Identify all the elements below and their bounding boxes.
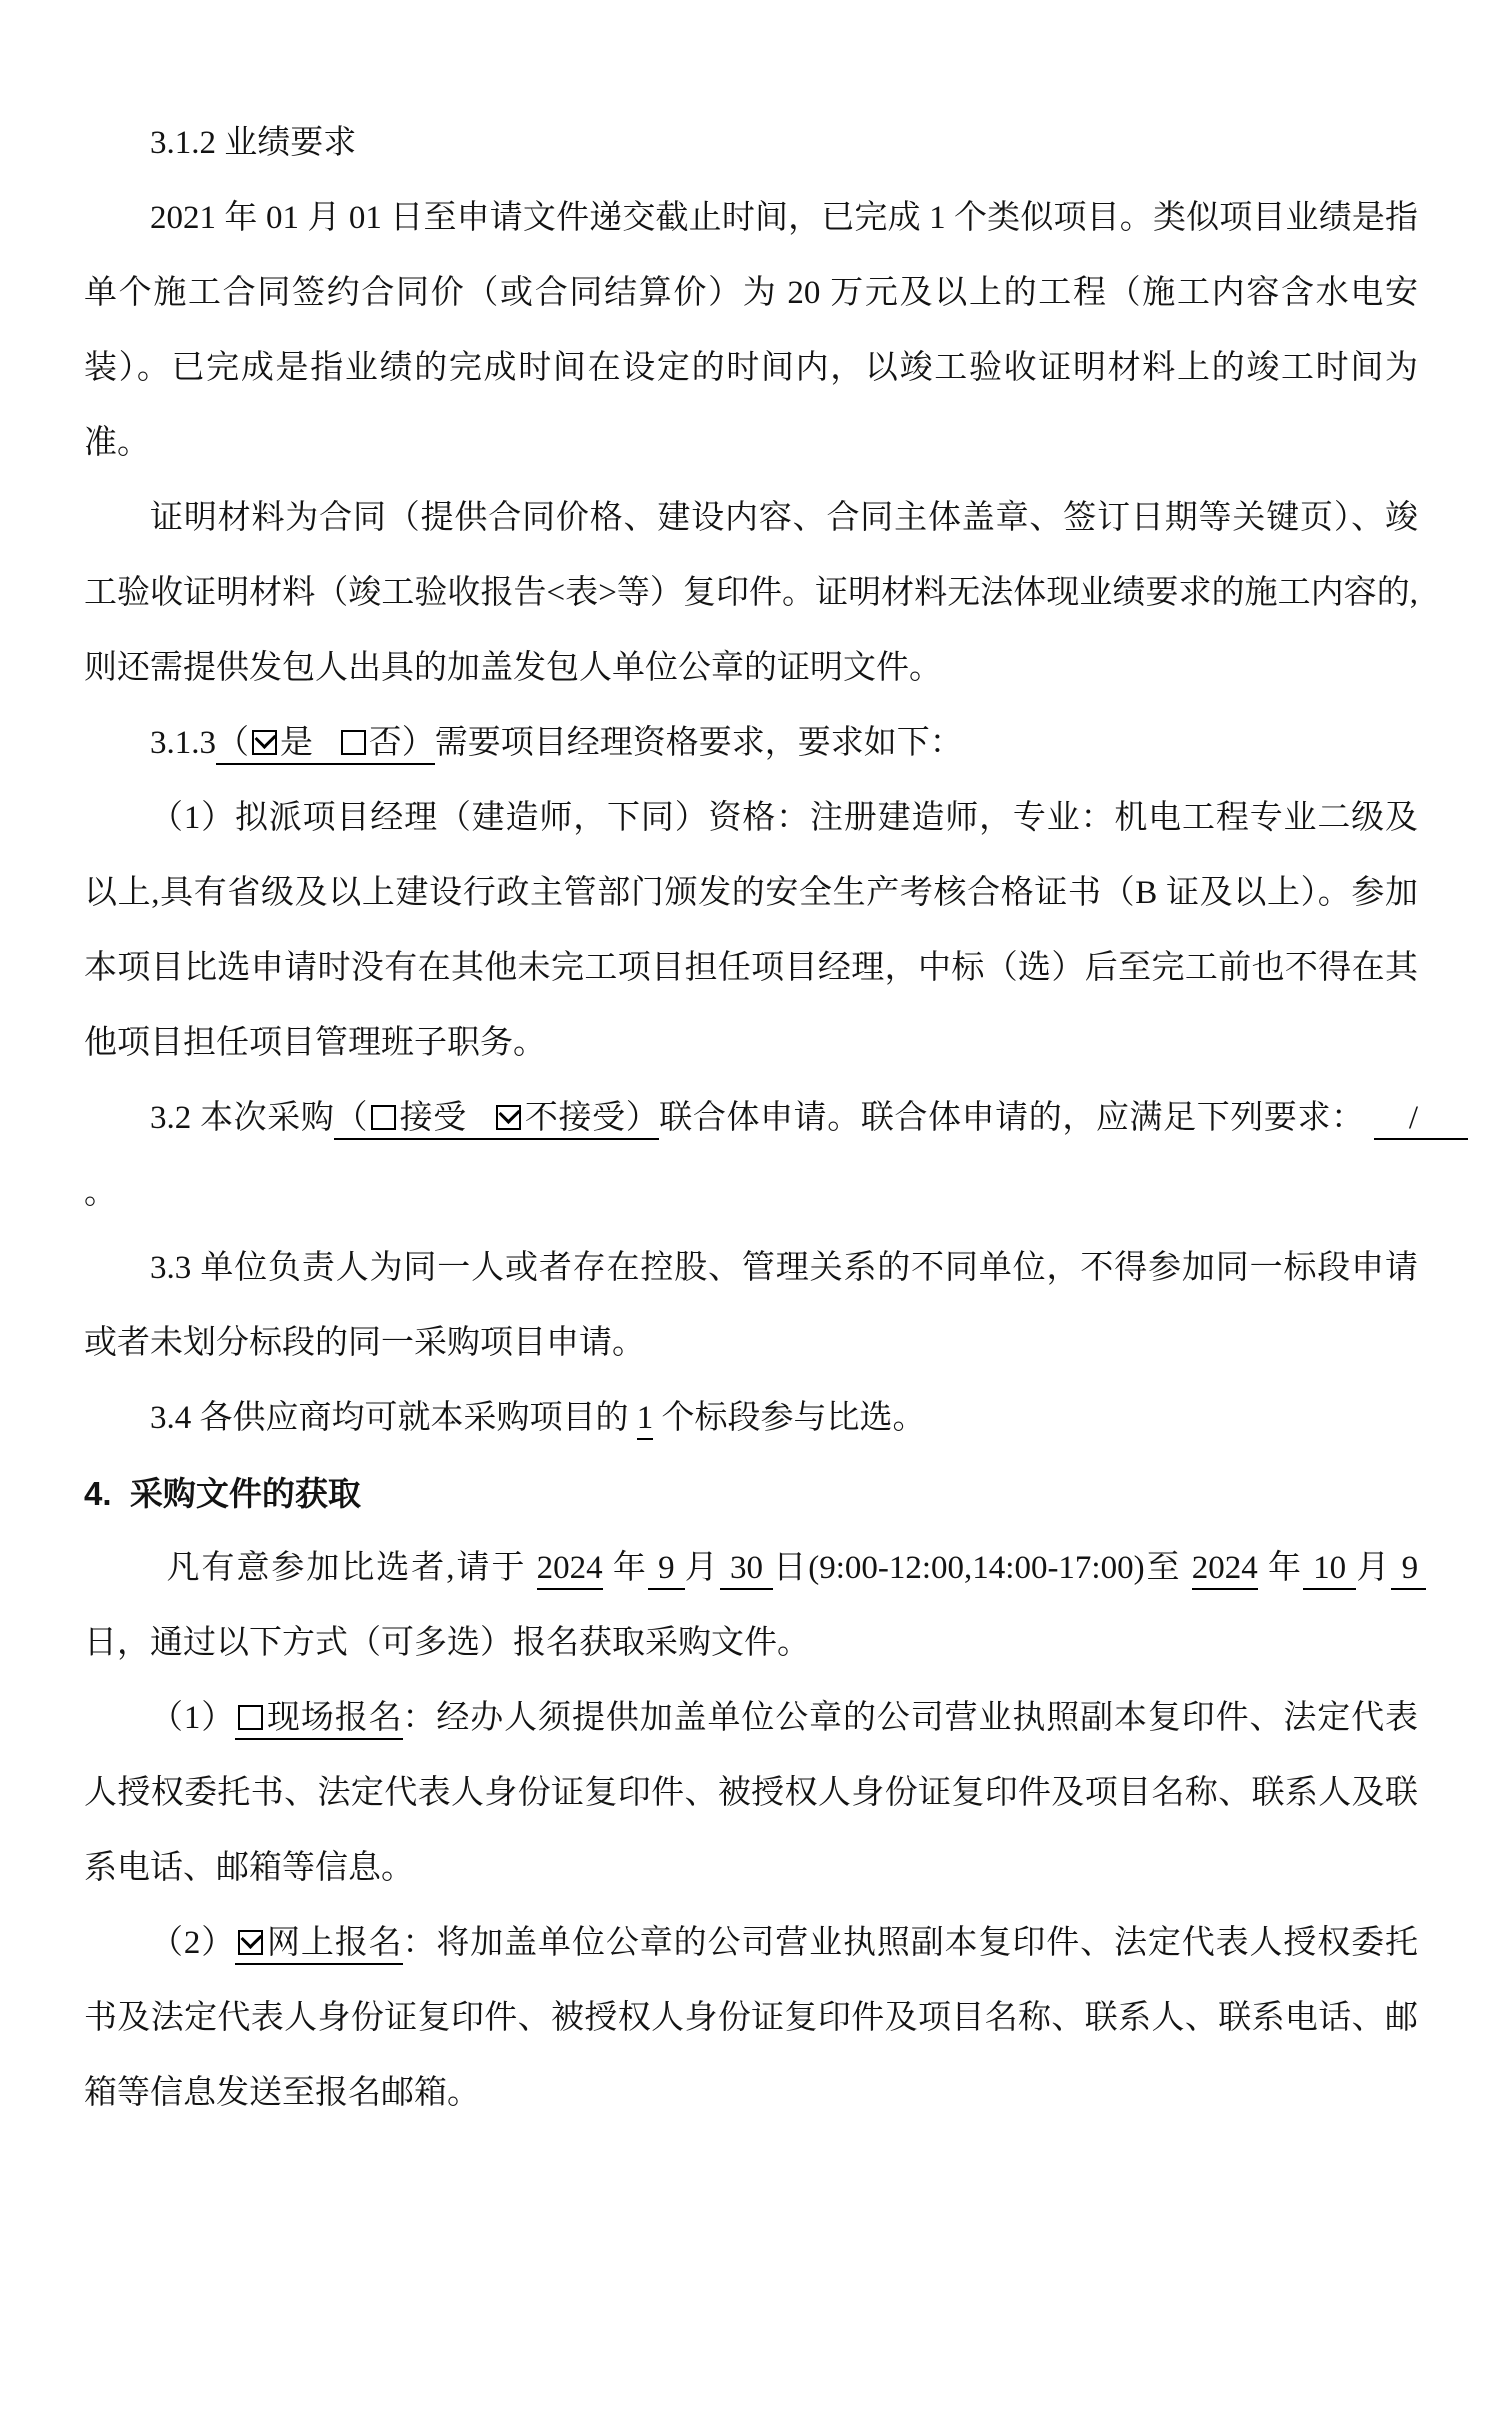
para-option-1-onsite-registration: （1）现场报名：经办人须提供加盖单位公章的公司营业执照副本复印件、法定代表人授权… xyxy=(84,1681,1418,1906)
text-run: 3.1.3 xyxy=(150,725,216,761)
text-run: 接受 xyxy=(399,1100,493,1136)
text-run: （1） xyxy=(150,1700,235,1736)
text-run: 2021 年 01 月 01 日至申请文件递交截止时间，已完成 1 个类似项目。… xyxy=(84,200,1418,461)
text-run: 4. 采购文件的获取 xyxy=(84,1475,361,1512)
text-run: 9 xyxy=(648,1550,685,1590)
text-run: 日(9:00-12:00,14:00-17:00)至 xyxy=(773,1550,1192,1586)
checkbox-unchecked-icon xyxy=(238,1705,263,1730)
text-run: （ xyxy=(334,1100,368,1136)
text-run: 3.4 各供应商均可就本采购项目的 xyxy=(150,1400,637,1436)
text-run: （ xyxy=(216,725,249,761)
text-run: 证明材料为合同（提供合同价格、建设内容、合同主体盖章、签订日期等关键页）、竣工验… xyxy=(84,500,1418,686)
text-run: 月 xyxy=(1356,1550,1391,1586)
text-run: 3.2 本次采购 xyxy=(150,1100,334,1136)
text-run: （2） xyxy=(150,1925,235,1961)
heading-4-document-acquisition: 4. 采购文件的获取 xyxy=(84,1456,1418,1531)
text-run: 3.1.2 业绩要求 xyxy=(150,125,356,161)
para-pm-qualification: （1）拟派项目经理（建造师，下同）资格：注册建造师，专业：机电工程专业二级及以上… xyxy=(84,781,1418,1081)
para-option-2-online-registration: （2）网上报名：将加盖单位公章的公司营业执照副本复印件、法定代表人授权委托书及法… xyxy=(84,1906,1418,2131)
text-run: （1）拟派项目经理（建造师，下同）资格：注册建造师，专业：机电工程专业二级及以上… xyxy=(84,800,1418,1061)
para-registration-period: 凡有意参加比选者,请于 2024 年 9 月 30 日(9:00-12:00,1… xyxy=(84,1531,1418,1681)
text-run: 现场报名 xyxy=(266,1700,402,1736)
checkbox-unchecked-icon xyxy=(371,1105,396,1130)
para-performance-detail: 2021 年 01 月 01 日至申请文件递交截止时间，已完成 1 个类似项目。… xyxy=(84,181,1418,481)
text-run: 10 xyxy=(1303,1550,1356,1590)
checkbox-unchecked-icon xyxy=(341,730,366,755)
para-3-1-3-pm-requirement: 3.1.3（是 否）需要项目经理资格要求，要求如下： xyxy=(84,706,1418,781)
checkbox-checked-icon xyxy=(238,1930,263,1955)
text-run: 年 xyxy=(1258,1550,1303,1586)
text-run: 3.3 单位负责人为同一人或者存在控股、管理关系的不同单位，不得参加同一标段申请… xyxy=(84,1250,1418,1361)
text-run: 。 xyxy=(84,1175,117,1211)
text-run: 不接受） xyxy=(524,1100,659,1136)
para-3-4-bid-sections: 3.4 各供应商均可就本采购项目的 1 个标段参与比选。 xyxy=(84,1381,1418,1456)
text-run: （接受 不接受） xyxy=(334,1100,659,1140)
text-run: 否） xyxy=(369,725,435,761)
text-run: 网上报名 xyxy=(266,1925,402,1961)
text-run: 2024 xyxy=(537,1550,603,1590)
text-run: 30 xyxy=(720,1550,773,1590)
text-run: 个标段参与比选。 xyxy=(653,1400,925,1436)
para-proof-materials: 证明材料为合同（提供合同价格、建设内容、合同主体盖章、签订日期等关键页）、竣工验… xyxy=(84,481,1418,706)
text-run: 需要项目经理资格要求，要求如下： xyxy=(435,725,963,761)
para-3-3-same-controller: 3.3 单位负责人为同一人或者存在控股、管理关系的不同单位，不得参加同一标段申请… xyxy=(84,1231,1418,1381)
text-run: 9 xyxy=(1391,1550,1426,1590)
checkbox-checked-icon xyxy=(496,1105,521,1130)
text-run: 凡有意参加比选者,请于 xyxy=(167,1550,537,1586)
text-run: 联合体申请。联合体申请的，应满足下列要求： xyxy=(659,1100,1373,1136)
text-run: 网上报名 xyxy=(235,1925,402,1965)
document-page: 3.1.2 业绩要求2021 年 01 月 01 日至申请文件递交截止时间，已完… xyxy=(0,0,1500,2421)
text-run: 1 xyxy=(637,1400,654,1440)
text-run: 现场报名 xyxy=(235,1700,402,1740)
para-3-2-consortium: 3.2 本次采购（接受 不接受）联合体申请。联合体申请的，应满足下列要求： / … xyxy=(84,1081,1418,1231)
text-run: 是 xyxy=(280,725,338,761)
blank-field: / xyxy=(1374,1100,1468,1140)
text-run: （是 否） xyxy=(216,725,435,765)
text-run: 月 xyxy=(685,1550,720,1586)
text-run: 日，通过以下方式（可多选）报名获取采购文件。 xyxy=(84,1625,810,1661)
text-run: 2024 xyxy=(1192,1550,1258,1590)
checkbox-checked-icon xyxy=(252,730,277,755)
heading-3-1-2-performance-requirement: 3.1.2 业绩要求 xyxy=(84,106,1418,181)
text-run: 年 xyxy=(603,1550,648,1586)
document-content: 3.1.2 业绩要求2021 年 01 月 01 日至申请文件递交截止时间，已完… xyxy=(0,0,1500,2191)
